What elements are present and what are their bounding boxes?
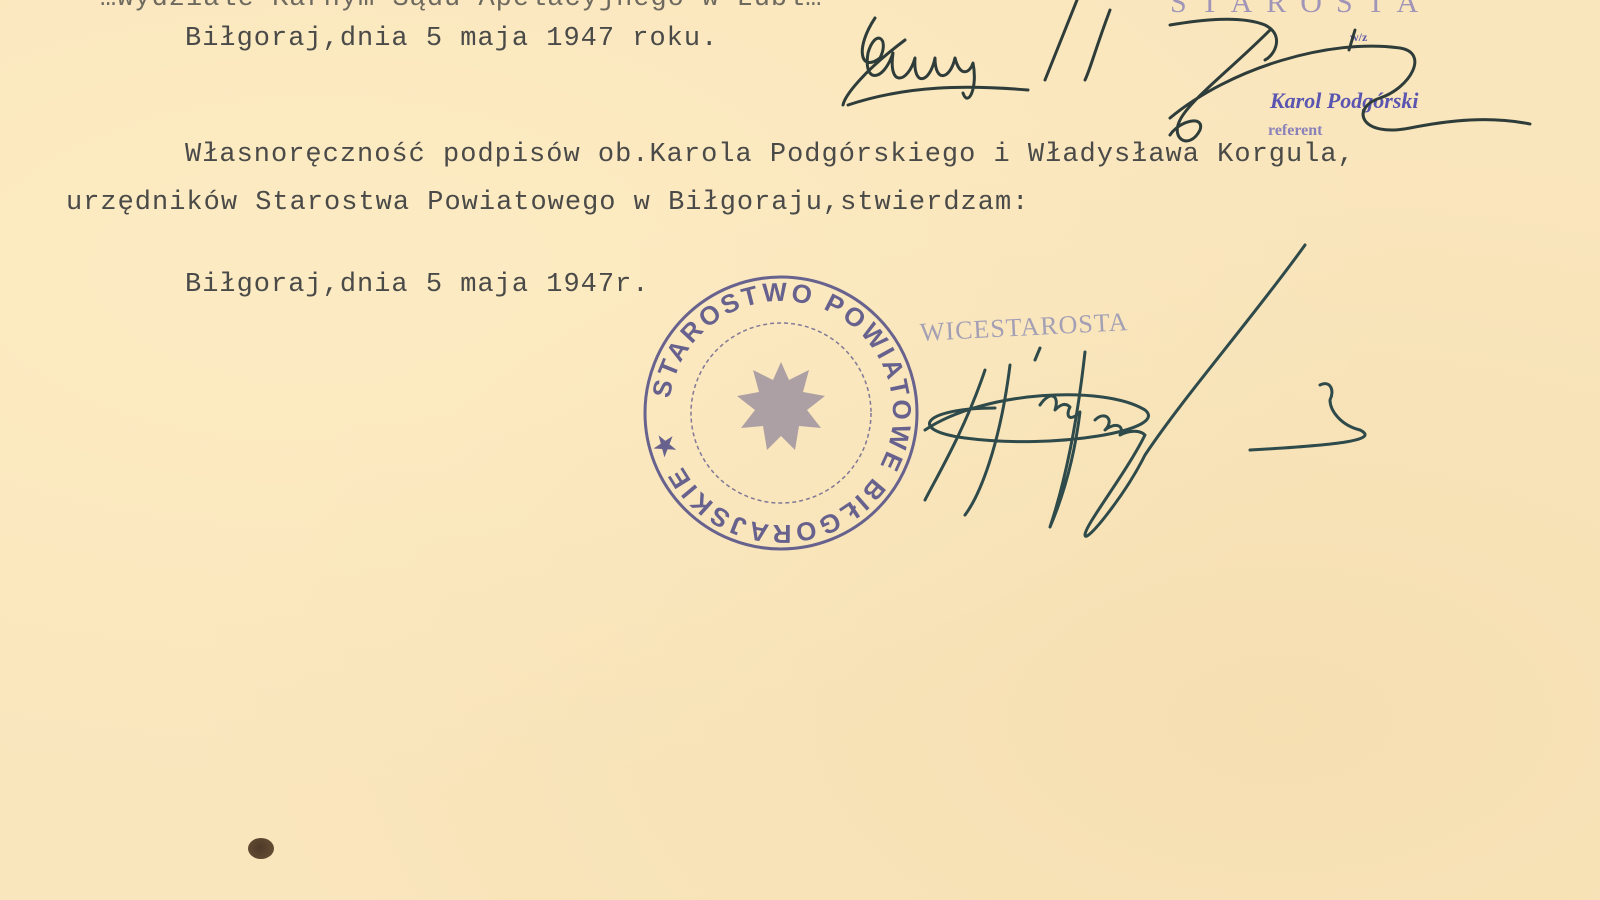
signature-wicestarosta <box>925 245 1365 536</box>
ink-spot <box>248 838 274 859</box>
signature-korgul <box>843 0 1110 105</box>
signatures-layer <box>0 0 1600 900</box>
signature-podgorski <box>1170 19 1530 141</box>
